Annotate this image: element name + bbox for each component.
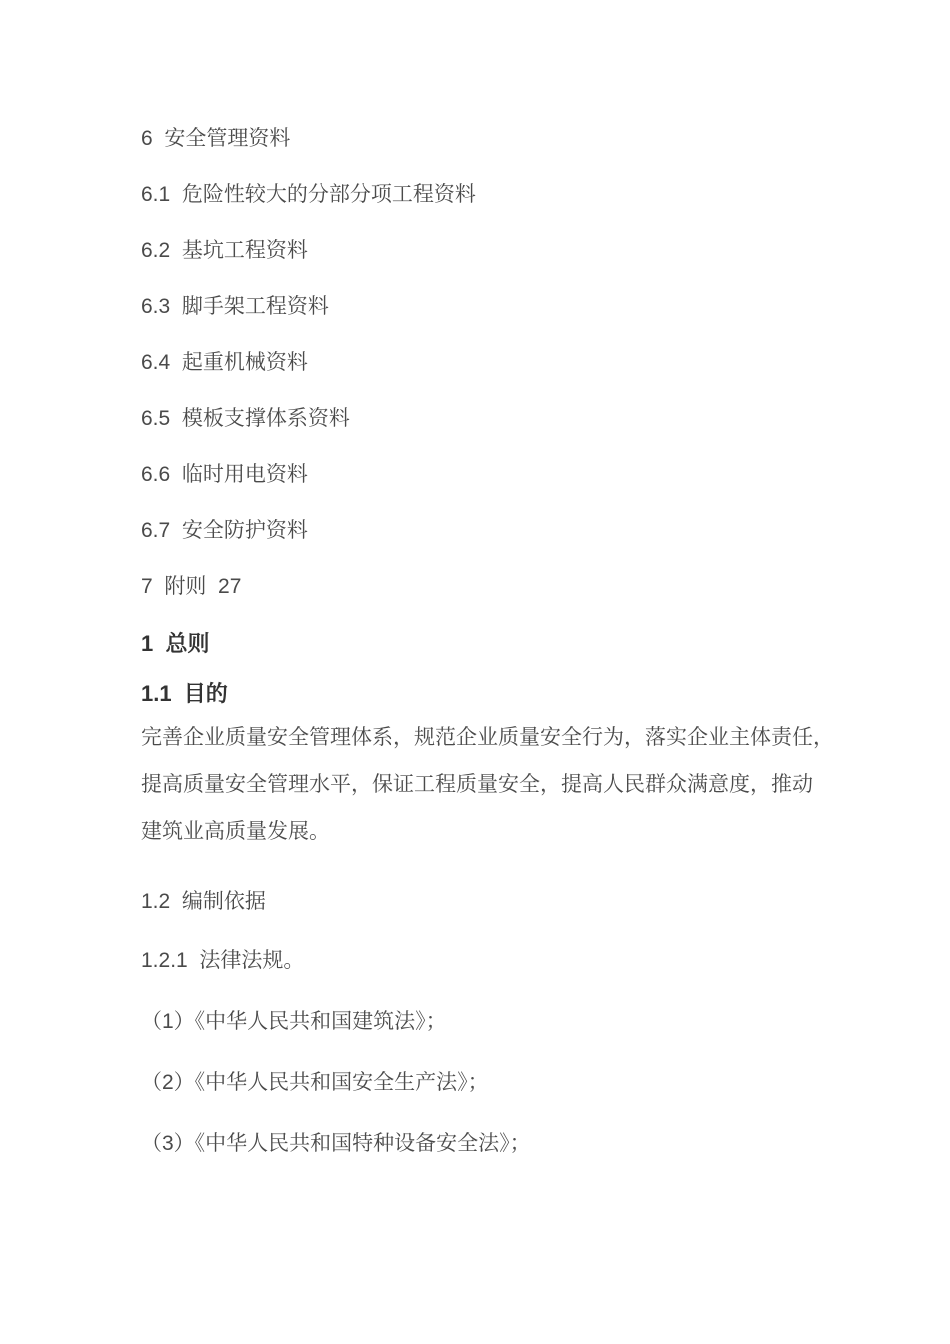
law-reference-item: （2）《中华人民共和国安全生产法》； — [141, 1071, 850, 1095]
toc-entry: 6.3 脚手架工程资料 — [141, 295, 850, 319]
chapter-heading: 1 总则 — [141, 631, 850, 657]
table-of-contents: 6 安全管理资料 6.1 危险性较大的分部分项工程资料 6.2 基坑工程资料 6… — [141, 127, 850, 599]
paragraph-line: 完善企业质量安全管理体系，规范企业质量安全行为，落实企业主体责任， — [141, 714, 850, 761]
toc-entry: 6.5 模板支撑体系资料 — [141, 407, 850, 431]
clause-heading: 1.2.1 法律法规。 — [141, 949, 850, 973]
toc-entry: 6.6 临时用电资料 — [141, 463, 850, 487]
toc-entry: 6.2 基坑工程资料 — [141, 239, 850, 263]
toc-entry: 6.4 起重机械资料 — [141, 351, 850, 375]
toc-entry: 7 附则 27 — [141, 575, 850, 599]
paragraph-line: 提高质量安全管理水平，保证工程质量安全，提高人民群众满意度，推动 — [141, 761, 850, 808]
section-heading: 1.1 目的 — [141, 681, 850, 707]
law-reference-list: （1）《中华人民共和国建筑法》； （2）《中华人民共和国安全生产法》； （3）《… — [141, 1010, 850, 1156]
subsection-heading: 1.2 编制依据 — [141, 890, 850, 914]
toc-entry: 6.7 安全防护资料 — [141, 519, 850, 543]
toc-entry: 6.1 危险性较大的分部分项工程资料 — [141, 183, 850, 207]
law-reference-item: （3）《中华人民共和国特种设备安全法》； — [141, 1132, 850, 1156]
toc-entry: 6 安全管理资料 — [141, 127, 850, 151]
paragraph-line: 建筑业高质量发展。 — [141, 808, 850, 855]
law-reference-item: （1）《中华人民共和国建筑法》； — [141, 1010, 850, 1034]
purpose-paragraph: 完善企业质量安全管理体系，规范企业质量安全行为，落实企业主体责任， 提高质量安全… — [141, 714, 850, 855]
document-page: 6 安全管理资料 6.1 危险性较大的分部分项工程资料 6.2 基坑工程资料 6… — [0, 0, 950, 1344]
